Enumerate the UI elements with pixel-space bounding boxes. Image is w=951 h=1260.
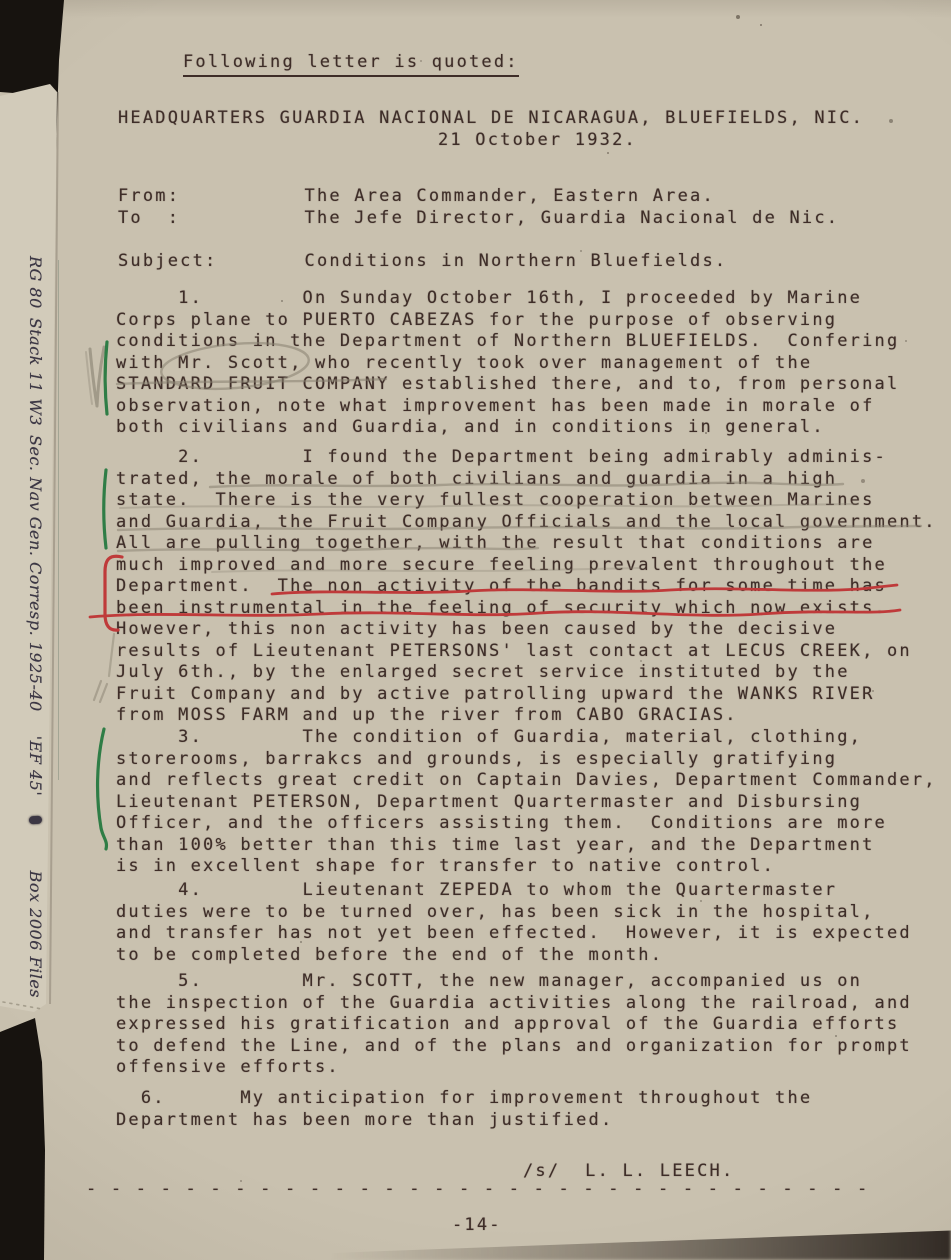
- green-margin-line-para1: [105, 342, 107, 414]
- pencil-margin-line: [109, 634, 114, 676]
- red-margin-bracket: [105, 556, 122, 630]
- pencil-underline-4: [118, 548, 538, 551]
- red-underline-1: [272, 585, 897, 594]
- green-margin-line-para2: [104, 470, 106, 548]
- pencil-strikethrough: [117, 379, 386, 384]
- pencil-underline-2: [120, 504, 858, 508]
- slip-seam-dotted: [3, 1002, 42, 1009]
- pencil-underline-3: [118, 526, 921, 530]
- pencil-underline-5: [212, 568, 640, 572]
- pencil-tick-marks: [94, 681, 107, 702]
- pencil-check-mark: [90, 347, 104, 406]
- pencil-circle-scott: [159, 338, 310, 395]
- green-margin-line-para3: [98, 729, 107, 849]
- red-underline-2: [90, 610, 900, 617]
- hand-annotations-overlay: [0, 0, 951, 1260]
- scanned-letter-page: RG 80 Stack 11 W3 Sec. Nav Gen. Corresp.…: [0, 0, 951, 1260]
- pencil-underline-1: [210, 483, 843, 487]
- paper-speckles: [0, 0, 2, 2]
